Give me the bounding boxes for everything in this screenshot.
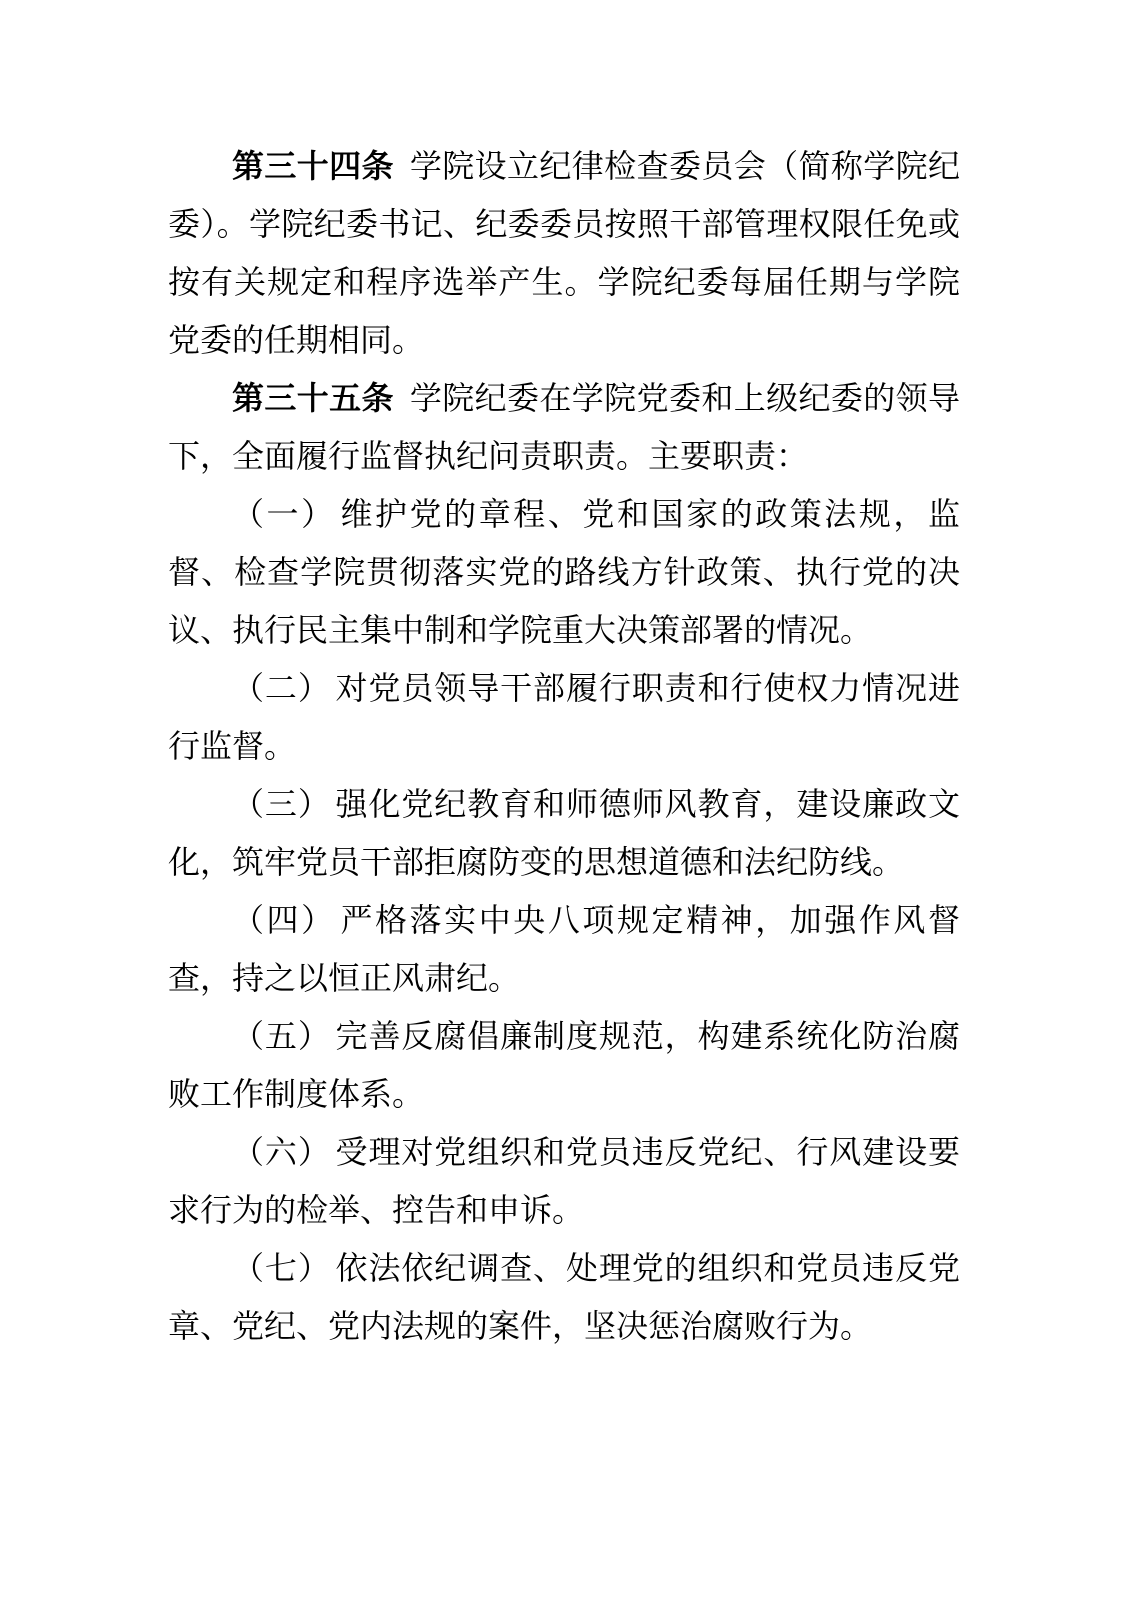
clause-item-4: （四）严格落实中央八项规定精神，加强作风督查，持之以恒正风肃纪。 — [168, 891, 960, 1007]
document-page: 第三十四条学院设立纪律检查委员会（简称学院纪委）。学院纪委书记、纪委委员按照干部… — [0, 0, 1131, 1600]
clause-item-7: （七）依法依纪调查、处理党的组织和党员违反党章、党纪、党内法规的案件，坚决惩治腐… — [168, 1239, 960, 1355]
article-34-paragraph: 第三十四条学院设立纪律检查委员会（简称学院纪委）。学院纪委书记、纪委委员按照干部… — [168, 137, 960, 369]
clause-item-5: （五）完善反腐倡廉制度规范，构建系统化防治腐败工作制度体系。 — [168, 1007, 960, 1123]
article-34-number: 第三十四条 — [232, 148, 394, 184]
clause-4-number: （四） — [232, 902, 336, 938]
article-35-number: 第三十五条 — [232, 380, 394, 416]
clause-7-number: （七） — [232, 1250, 331, 1286]
clause-item-1: （一）维护党的章程、党和国家的政策法规，监督、检查学院贯彻落实党的路线方针政策、… — [168, 485, 960, 659]
clause-item-6: （六）受理对党组织和党员违反党纪、行风建设要求行为的检举、控告和申诉。 — [168, 1123, 960, 1239]
clause-item-3: （三）强化党纪教育和师德师风教育，建设廉政文化，筑牢党员干部拒腐防变的思想道德和… — [168, 775, 960, 891]
clause-2-number: （二） — [232, 670, 331, 706]
clause-1-number: （一） — [232, 496, 336, 532]
clause-5-number: （五） — [232, 1018, 331, 1054]
article-35-paragraph: 第三十五条学院纪委在学院党委和上级纪委的领导下，全面履行监督执纪问责职责。主要职… — [168, 369, 960, 485]
clause-item-2: （二）对党员领导干部履行职责和行使权力情况进行监督。 — [168, 659, 960, 775]
clause-6-number: （六） — [232, 1134, 331, 1170]
clause-3-number: （三） — [232, 786, 331, 822]
